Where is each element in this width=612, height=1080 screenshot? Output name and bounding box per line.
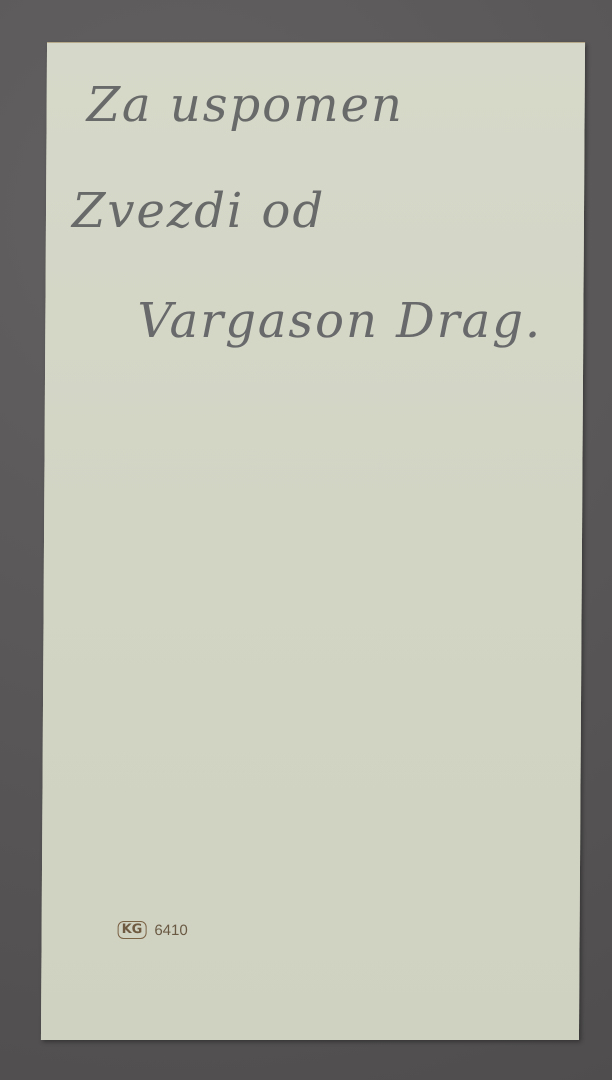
handwriting-line-3: Vargason Drag. [137, 293, 542, 349]
publisher-logo-icon: KG [118, 921, 147, 939]
handwriting-line-1: Za uspomen [86, 77, 404, 133]
card-back: Za uspomen Zvezdi od Vargason Drag. KG 6… [41, 42, 585, 1040]
printer-mark: KG 6410 [118, 921, 188, 939]
handwriting-line-2: Zvezdi od [72, 183, 325, 239]
catalog-number: 6410 [154, 922, 187, 939]
